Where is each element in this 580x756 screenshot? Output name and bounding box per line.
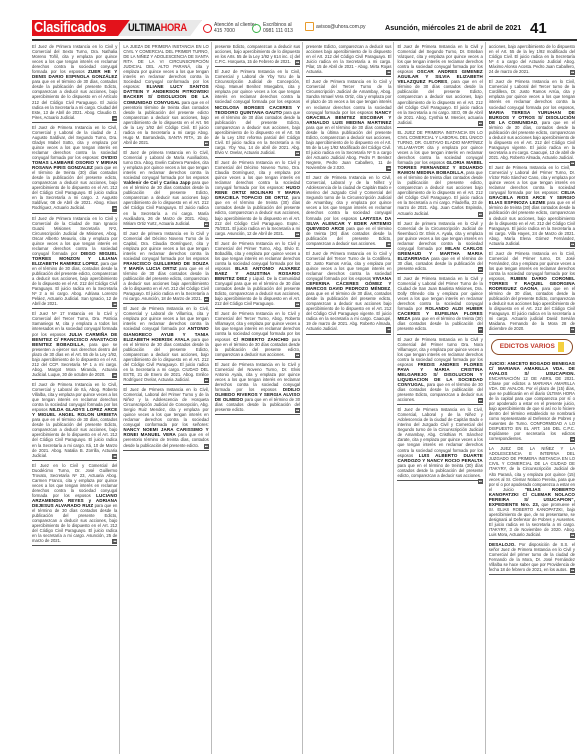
legal-notice: El Juez de Primera Instancia en lo Civil… [489, 249, 575, 335]
section-title: Clasificados [34, 19, 106, 36]
legal-notice: El Juez de Primera Instancia en lo Civil… [397, 405, 482, 481]
legal-notice: El Juez de Primera Instancia en lo Civil… [215, 360, 300, 415]
ad-code-stamp: ■■ [386, 166, 391, 171]
classifieds-columns: El Juez de Primera Instancia en lo Civil… [32, 42, 577, 754]
whatsapp-icon [252, 24, 261, 33]
contact-phone: Atención al cliente:415 7000 [203, 22, 256, 34]
ad-code-stamp: ■■ [112, 206, 117, 211]
page-header: Clasificados ULTIMAHORA Atención al clie… [0, 20, 580, 40]
legal-notice: El Juez de Primera Instancia en lo Civil… [306, 77, 391, 173]
ad-code-stamp: ■■ [570, 568, 575, 573]
legal-notice: El Juez de Primera Instancia en lo Civil… [489, 77, 575, 163]
newspaper-logo: ULTIMAHORA [128, 22, 187, 34]
ad-code-stamp: ■■ [204, 141, 209, 146]
legal-notice: presente Edicto, comparezcan a deducir s… [306, 42, 391, 77]
legal-notice: presente Edicto, comparezcan a deducir s… [215, 42, 300, 67]
legal-notice: El Juez de primera Instancia en lo Civil… [123, 229, 208, 305]
ad-code-stamp: ■■ [386, 327, 391, 332]
column-6: acciones, bajo apercibimiento de lo disp… [489, 42, 577, 754]
legal-notice: El Juez de Primera Instancia en lo Civil… [32, 123, 117, 214]
header-rule [32, 39, 577, 41]
legal-notice: El Juez de Primera Instancia en lo Civil… [32, 214, 117, 310]
email-icon [305, 22, 314, 31]
ad-code-stamp: ■■ [478, 121, 483, 126]
ad-code-stamp: ■■ [295, 151, 300, 156]
dateline: Asunción, miércoles 21 de abril de 2021 [385, 23, 521, 32]
party-names: JUICIO: ANICETO BOGADO BENEGAS C/ MARIAN… [489, 361, 575, 376]
legal-notice: JUICIO: ANICETO BOGADO BENEGAS C/ MARIAN… [489, 359, 575, 445]
ad-code-stamp: ■■ [204, 378, 209, 383]
ad-code-stamp: ■■ [570, 242, 575, 247]
legal-notice: El Juez de Primera Instancia en lo Civil… [215, 158, 300, 239]
legal-notice: El Juez de Primera Instancia en lo Civil… [32, 42, 117, 123]
ad-code-stamp: ■■ [112, 454, 117, 459]
contact-email: avisos@uhora.com.py [305, 22, 366, 31]
legal-notice: LA JUEZ DE LA NIÑEZ Y LA ADOLESCENCIA E … [489, 444, 575, 540]
legal-notice: El Juez en lo Civil y Comercial del Duod… [32, 461, 117, 547]
legal-notice: El Juez de Primera Instancia en lo Civil… [306, 173, 391, 249]
legal-notice: El Juez de primera Instancia en lo Civil… [397, 219, 482, 274]
tab-marker-icon [558, 342, 564, 352]
legal-notice: El Juez de Primera Instancia en lo Civil… [306, 249, 391, 335]
ad-code-stamp: ■■ [478, 327, 483, 332]
legal-notice: El Juez de Primera Instancia en lo Civil… [397, 274, 482, 335]
ad-code-stamp: ■■ [570, 437, 575, 442]
legal-notice: El Juez de Primera Instancia en lo Civil… [397, 42, 482, 128]
legal-notice: El Juez de Primera Instancia en lo Civil… [123, 304, 208, 385]
ad-code-stamp: ■■ [112, 539, 117, 544]
section-label-edictos-varios: EDICTOS VARIOS [491, 339, 573, 355]
ad-code-stamp: ■■ [570, 327, 575, 332]
legal-notice: El Juez de Primera Instancia en lo Civil… [397, 335, 482, 406]
legal-notice: El Juez de primera Instancia en lo Civil… [123, 148, 208, 229]
legal-notice: EL JUEZ DE PRIMERA INSTANCIA EN LO CIVIL… [397, 128, 482, 219]
ad-code-stamp: ■■ [386, 242, 391, 247]
column-4: presente Edicto, comparezcan a deducir s… [306, 42, 394, 754]
column-5: El Juez de Primera Instancia en lo Civil… [397, 42, 485, 754]
ad-code-stamp: ■■ [112, 116, 117, 121]
ad-code-stamp: ■■ [295, 353, 300, 358]
legal-notice: El Juez de Primera Instancia en lo Civil… [215, 67, 300, 158]
ad-code-stamp: ■■ [295, 60, 300, 65]
ad-code-stamp: ■■ [386, 70, 391, 75]
legal-notice: DESALOJO. Por disposición de S.S. el señ… [489, 540, 575, 575]
ad-code-stamp: ■■ [204, 222, 209, 227]
legal-notice: El Juez de Primera Instancia en lo Civil… [123, 385, 208, 451]
ad-code-stamp: ■■ [570, 70, 575, 75]
ad-code-stamp: ■■ [112, 302, 117, 307]
page-number: 41 [530, 20, 547, 37]
legal-notice: El Juez Nº 17 Instancia en lo Civil y Co… [32, 309, 117, 380]
column-2: LA JUEZA DE PRIMERA INSTANCIA EN LO CIVI… [123, 42, 211, 754]
ad-code-stamp: ■■ [112, 373, 117, 378]
legal-notice: El Juez de Primera Instancia en lo Civil… [489, 163, 575, 249]
ad-code-stamp: ■■ [295, 232, 300, 237]
ad-code-stamp: ■■ [570, 533, 575, 538]
ad-code-stamp: ■■ [204, 297, 209, 302]
legal-notice: acciones, bajo apercibimiento de lo disp… [489, 42, 575, 77]
column-3: presente Edicto, comparezcan a deducir s… [215, 42, 303, 754]
ad-code-stamp: ■■ [478, 212, 483, 217]
ad-code-stamp: ■■ [478, 398, 483, 403]
ad-code-stamp: ■■ [295, 302, 300, 307]
ad-code-stamp: ■■ [478, 267, 483, 272]
legal-notice: El Juez de Primera Instancia en lo Civil… [215, 309, 300, 359]
legal-notice: LA JUEZA DE PRIMERA INSTANCIA EN LO CIVI… [123, 42, 208, 148]
ad-code-stamp: ■■ [295, 408, 300, 413]
column-1: El Juez de Primera Instancia en lo Civil… [32, 42, 120, 754]
ad-code-stamp: ■■ [478, 479, 483, 484]
contact-whatsapp: Escríbinos al0981 111 013 [252, 22, 293, 34]
phone-icon [203, 24, 212, 33]
legal-notice: El Juez de Primera Instancia en lo Civil… [32, 380, 117, 461]
ad-code-stamp: ■■ [204, 444, 209, 449]
legal-notice: El Juez de Primera Instancia en lo Civil… [215, 239, 300, 310]
